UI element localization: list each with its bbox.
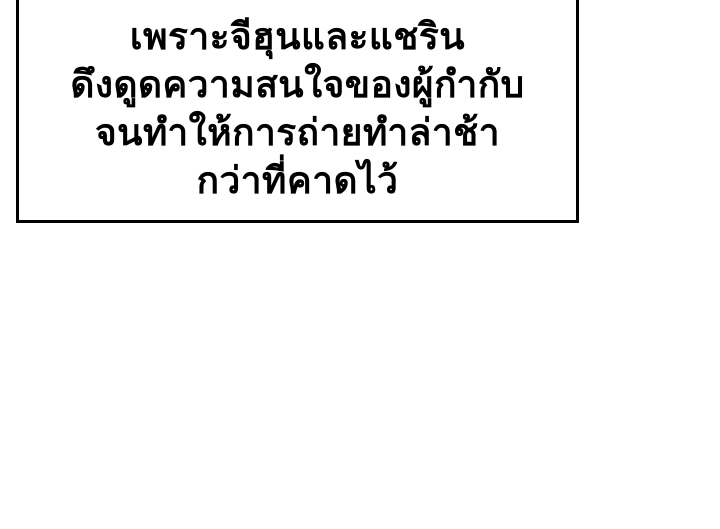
caption-line-4: กว่าที่คาดไว้: [197, 157, 399, 205]
caption-box: เพราะจีฮุนและแชริน ดึงดูดความสนใจของผู้ก…: [16, 0, 579, 223]
comic-page: เพราะจีฮุนและแชริน ดึงดูดความสนใจของผู้ก…: [0, 0, 720, 529]
caption-line-3: จนทำให้การถ่ายทำล่าช้า: [95, 109, 500, 157]
caption-line-1: เพราะจีฮุนและแชริน: [130, 13, 465, 61]
caption-line-2: ดึงดูดความสนใจของผู้กำกับ: [70, 61, 524, 109]
